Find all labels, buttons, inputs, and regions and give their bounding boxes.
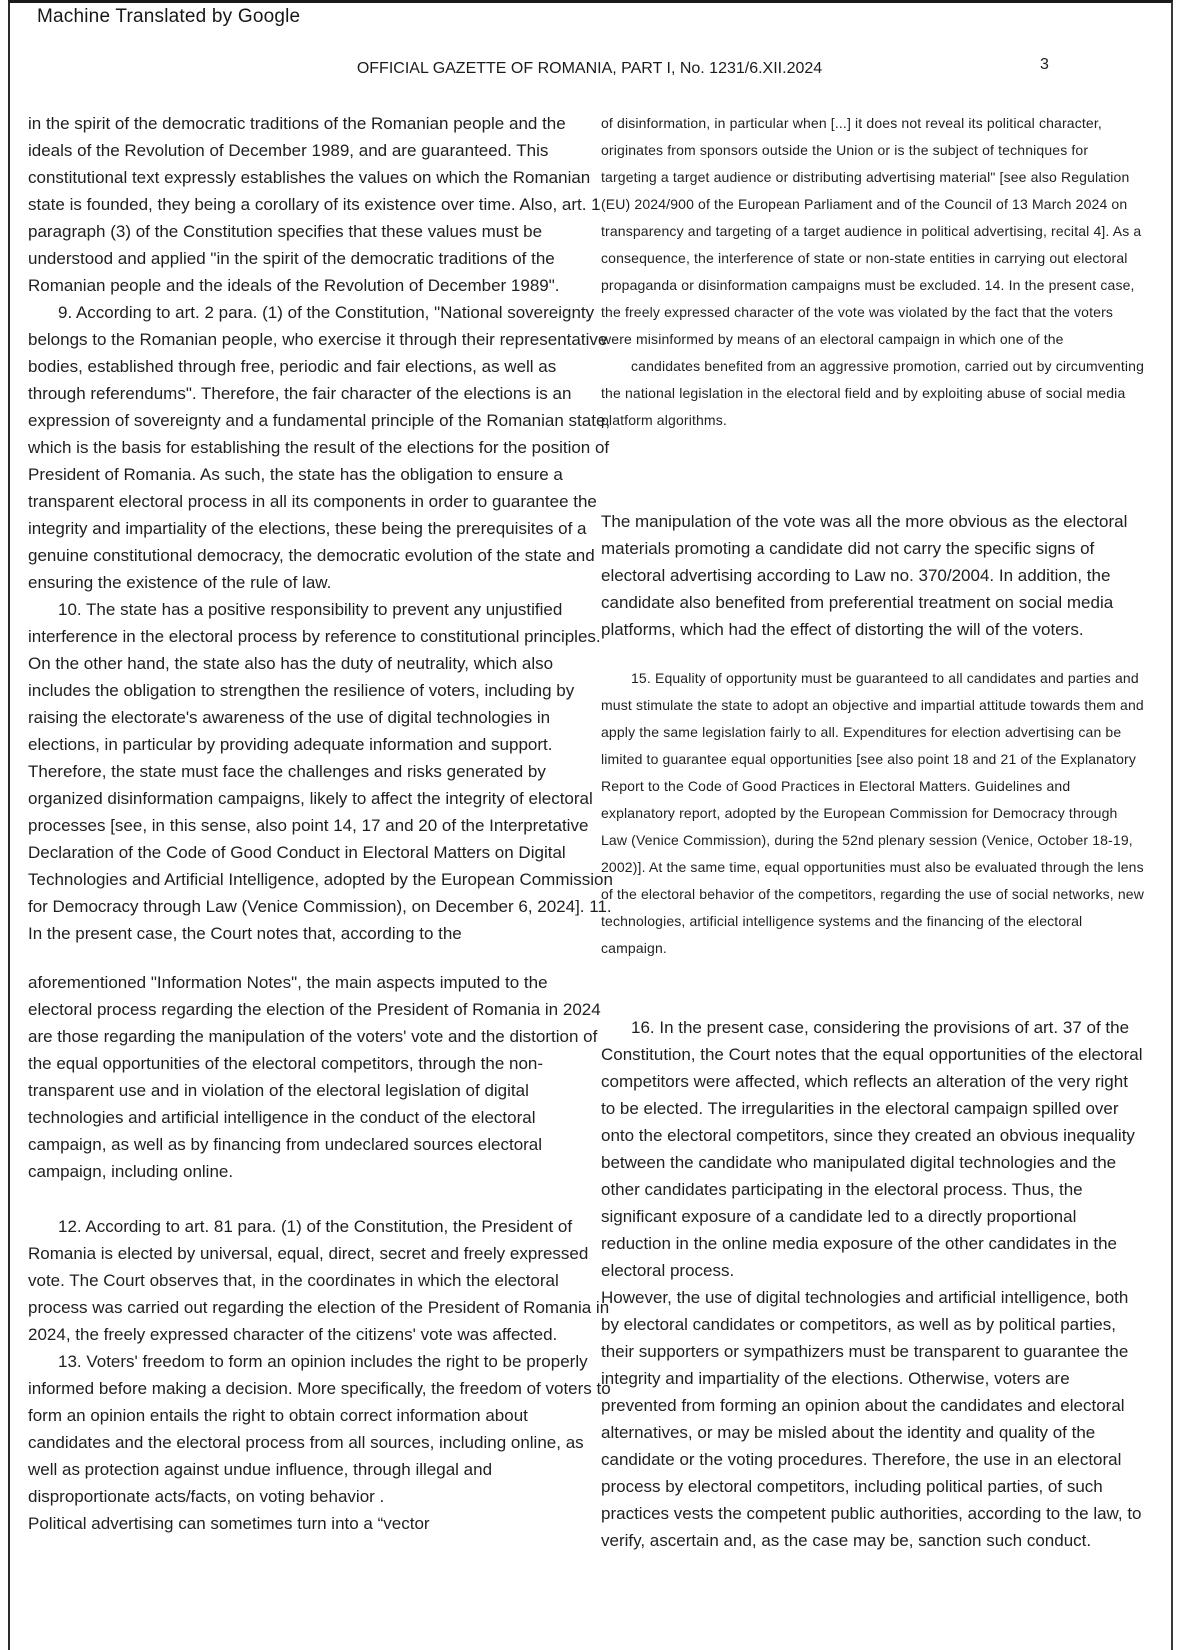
page-title: OFFICIAL GAZETTE OF ROMANIA, PART I, No.… (0, 60, 1179, 78)
paragraph-political-advertising: Political advertising can sometimes turn… (28, 1510, 613, 1537)
paragraph-information-notes: aforementioned "Information Notes", the … (28, 969, 613, 1185)
paragraph-point-9: 9. According to art. 2 para. (1) of the … (28, 299, 613, 596)
left-column: in the spirit of the democratic traditio… (28, 110, 613, 1537)
paragraph-vote-manipulation: The manipulation of the vote was all the… (601, 508, 1145, 643)
paragraph-point-12: 12. According to art. 81 para. (1) of th… (28, 1213, 613, 1348)
paragraph-candidates-promotion: candidates benefited from an aggressive … (601, 353, 1145, 434)
paragraph-intro: in the spirit of the democratic traditio… (28, 110, 613, 299)
paragraph-point-13: 13. Voters' freedom to form an opinion i… (28, 1348, 613, 1510)
page-number: 3 (1040, 56, 1049, 74)
paragraph-point-10-11: 10. The state has a positive responsibil… (28, 596, 613, 947)
paragraph-point-15: 15. Equality of opportunity must be guar… (601, 665, 1145, 962)
paragraph-however-transparency: However, the use of digital technologies… (601, 1284, 1145, 1554)
right-column: of disinformation, in particular when [.… (601, 110, 1145, 1554)
translator-note: Machine Translated by Google (37, 6, 300, 28)
paragraph-point-16: 16. In the present case, considering the… (601, 1014, 1145, 1284)
paragraph-disinformation-14: of disinformation, in particular when [.… (601, 110, 1145, 353)
